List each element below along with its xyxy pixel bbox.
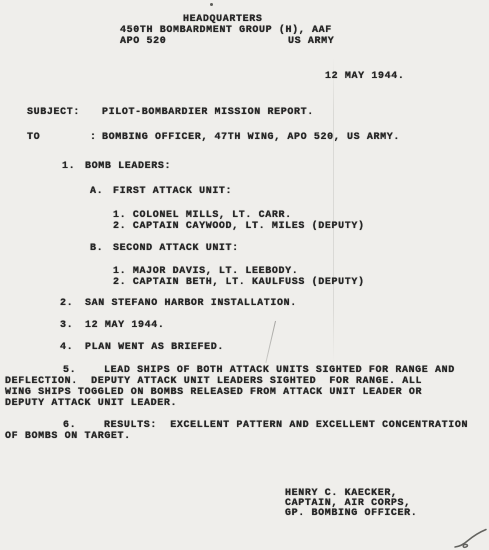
- item1-number: 1.: [62, 161, 75, 172]
- letterhead-army: US ARMY: [288, 36, 334, 47]
- item4-number: 4.: [60, 342, 73, 353]
- document-page: HEADQUARTERS 450TH BOMBARDMENT GROUP (H)…: [0, 0, 489, 550]
- letterhead-apo: APO 520: [120, 36, 166, 47]
- item6-line-2: OF BOMBS ON TARGET.: [5, 431, 131, 442]
- ink-speck: [210, 3, 213, 6]
- pencil-mark-icon: [453, 527, 489, 550]
- item3-text: 12 MAY 1944.: [85, 320, 164, 331]
- letterhead-unit: 450TH BOMBARDMENT GROUP (H), AAF: [120, 25, 332, 36]
- item1-text: BOMB LEADERS:: [85, 161, 171, 172]
- sectionB-letter: B.: [90, 243, 103, 254]
- letterhead-headquarters: HEADQUARTERS: [183, 14, 262, 25]
- item3-number: 3.: [60, 320, 73, 331]
- item6-line-1: RESULTS: EXCELLENT PATTERN AND EXCELLENT…: [104, 420, 468, 431]
- item5-line-2: DEFLECTION. DEPUTY ATTACK UNIT LEADERS S…: [5, 376, 422, 387]
- sectionA-entry-2: 2. CAPTAIN CAYWOOD, LT. MILES (DEPUTY): [113, 221, 365, 232]
- item5-line-1: LEAD SHIPS OF BOTH ATTACK UNITS SIGHTED …: [104, 365, 455, 376]
- sectionB-entry-2: 2. CAPTAIN BETH, LT. KAULFUSS (DEPUTY): [113, 277, 365, 288]
- document-date: 12 MAY 1944.: [325, 71, 404, 82]
- item2-text: SAN STEFANO HARBOR INSTALLATION.: [85, 298, 297, 309]
- to-label: TO: [27, 132, 40, 143]
- item5-number: 5.: [63, 365, 76, 376]
- item5-line-4: DEPUTY ATTACK UNIT LEADER.: [5, 398, 177, 409]
- diagonal-crease-mark: [265, 321, 276, 363]
- item4-text: PLAN WENT AS BRIEFED.: [85, 342, 224, 353]
- sectionB-title: SECOND ATTACK UNIT:: [113, 243, 239, 254]
- vertical-fold-crease: [333, 58, 334, 363]
- item5-line-3: WING SHIPS TOGGLED ON BOMBS RELEASED FRO…: [5, 387, 422, 398]
- sectionB-entry-1: 1. MAJOR DAVIS, LT. LEEBODY.: [113, 266, 298, 277]
- subject-value: PILOT-BOMBARDIER MISSION REPORT.: [102, 107, 314, 118]
- sectionA-entry-1: 1. COLONEL MILLS, LT. CARR.: [113, 210, 292, 221]
- subject-label: SUBJECT:: [27, 107, 80, 118]
- to-colon: :: [90, 132, 97, 143]
- sectionA-letter: A.: [90, 186, 103, 197]
- item6-number: 6.: [63, 420, 76, 431]
- to-value: BOMBING OFFICER, 47TH WING, APO 520, US …: [102, 132, 400, 143]
- sectionA-title: FIRST ATTACK UNIT:: [113, 186, 232, 197]
- signature-role: GP. BOMBING OFFICER.: [285, 508, 417, 519]
- item2-number: 2.: [60, 298, 73, 309]
